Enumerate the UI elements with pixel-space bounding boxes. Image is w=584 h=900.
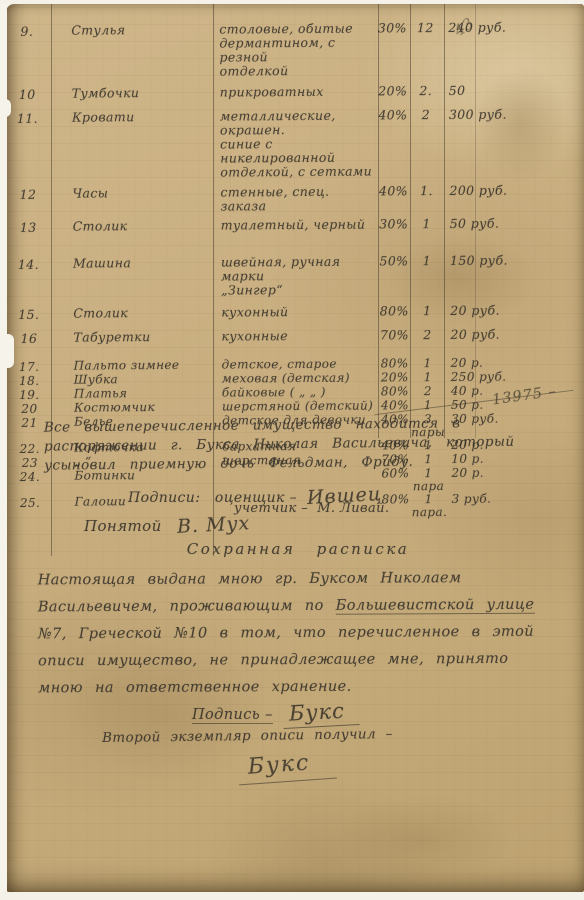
item-price: 200 руб. — [443, 183, 584, 212]
item-quantity: 1 — [410, 254, 444, 296]
row-number: 12 — [5, 187, 50, 215]
copy-received-signature: Букс — [237, 749, 337, 786]
item-name: Машина — [51, 256, 213, 299]
item-description: кухонный — [213, 304, 378, 320]
item-quantity: 2. — [409, 84, 443, 99]
row-number: 15. — [6, 307, 51, 322]
witness-label: Понятой — [84, 517, 162, 535]
item-price: 240 руб. — [442, 20, 584, 77]
item-quantity: 1 — [411, 357, 445, 371]
item-description: кухонные — [213, 328, 378, 344]
item-quantity: 1 — [410, 217, 444, 232]
item-name: Столик — [51, 306, 213, 322]
wear-percent: 70% — [378, 328, 410, 343]
item-price: 150 руб. — [444, 253, 584, 296]
item-description: швейная, ручная марки „Зингер“ — [213, 254, 378, 297]
wear-percent: 40% — [377, 184, 409, 212]
receipt-body: Настоящая выдана мною гр. Буксом Николае… — [38, 565, 551, 703]
item-name: Кровати — [50, 110, 212, 181]
row-number: 13 — [6, 220, 51, 235]
receipt-signature: Букс — [282, 698, 359, 729]
item-name: Табуретки — [51, 330, 213, 346]
wear-percent: 30% — [376, 21, 408, 77]
row-number: 18. — [7, 374, 52, 388]
item-name: Шубка — [52, 373, 214, 388]
table-row: 15. Столик кухонный 80% 1 20 руб. — [6, 303, 584, 322]
signatures-line-witness: Понятой В. Мух — [84, 514, 250, 536]
item-description: туалетный, черный — [213, 217, 378, 233]
item-price: 300 руб. — [443, 107, 584, 178]
item-price: 20 р. — [445, 356, 584, 371]
row-number: 11. — [5, 111, 50, 181]
copy-received-line: Второй экземпляр описи получил – — [102, 726, 393, 746]
item-quantity: 12 — [408, 21, 442, 77]
table-row: 10 Тумбочки прикроватных 20% 2. 50 — [5, 83, 584, 102]
accountant-signature: М. Ливай. — [317, 501, 389, 516]
paper-stain — [336, 794, 516, 884]
wear-percent: 20% — [377, 84, 409, 99]
signatures-line-accountant: учетчик – М. Ливай. — [234, 501, 389, 516]
item-price: 20 руб. — [444, 303, 584, 319]
item-name: Столик — [51, 219, 213, 235]
wear-percent: 40% — [377, 108, 409, 178]
item-price: 50 — [443, 83, 584, 99]
row-number: 19. — [7, 388, 52, 402]
item-name: Тумбочки — [50, 86, 212, 102]
disposition-statement: Все вышеперечисленное имущество находитс… — [44, 413, 550, 475]
receipt-signature-label: Подпись – — [192, 707, 273, 724]
row-number: 9. — [4, 24, 49, 80]
wear-percent: 80% — [378, 304, 410, 319]
row-number: 14. — [6, 257, 51, 299]
row-number: 17. — [7, 360, 52, 374]
item-name: Костюмчик — [52, 401, 214, 416]
item-quantity: 1 пара. — [412, 493, 446, 519]
receipt-text-post: №7, Греческой №10 в том, что перечисленн… — [38, 624, 534, 697]
receipt-signature-line: Подпись – Букс — [192, 700, 359, 727]
row-number: 16 — [6, 331, 51, 346]
paper-sheet: 43 9. Стулья столовые, обитые дермантино… — [6, 4, 584, 892]
table-row: 11. Кровати металлические, окрашен. сини… — [5, 107, 584, 181]
row-number: 25. — [8, 496, 53, 522]
table-row: 14. Машина швейная, ручная марки „Зингер… — [6, 253, 584, 299]
signatures-label: Подписи: — [128, 490, 200, 506]
wear-percent: 30% — [378, 217, 410, 232]
item-description: столовые, обитые дермантином, с резной о… — [211, 21, 376, 78]
item-quantity: 2 — [409, 108, 443, 178]
table-row: 9. Стулья столовые, обитые дермантином, … — [4, 20, 584, 80]
item-quantity: 1. — [409, 184, 443, 212]
item-description: металлические, окрашен. синие с никелиро… — [212, 108, 377, 179]
item-quantity: 1 — [410, 304, 444, 319]
item-price: 3 руб. — [446, 492, 584, 519]
table-row: 12 Часы стенные, спец. заказа 40% 1. 200… — [5, 183, 584, 215]
item-quantity: 2 — [411, 385, 445, 399]
item-name: Часы — [50, 186, 212, 215]
receipt-text-underlined-address: Большевистской улице — [336, 597, 535, 615]
receipt-heading: Сохранная расписка — [6, 540, 584, 558]
item-quantity: 1 — [411, 371, 445, 385]
table-row: 13 Столик туалетный, черный 30% 1 50 руб… — [6, 216, 584, 235]
item-name: Пальто зимнее — [52, 359, 214, 374]
item-quantity: 2 — [410, 328, 444, 343]
item-price: 50 руб. — [444, 216, 584, 232]
item-price: 20 руб. — [444, 327, 584, 343]
row-number: 10 — [5, 87, 50, 102]
witness-signature: В. Мух — [177, 512, 251, 538]
item-name: Стулья — [49, 23, 211, 80]
item-price: 250 руб. — [445, 370, 584, 385]
row-number: 20 — [7, 402, 52, 416]
item-description: прикроватных — [212, 84, 377, 100]
wear-percent: 50% — [378, 254, 410, 296]
item-description: стенные, спец. заказа — [212, 184, 377, 213]
table-row: 16 Табуретки кухонные 70% 2 20 руб. — [6, 327, 584, 346]
scanned-document: 43 9. Стулья столовые, обитые дермантино… — [0, 0, 584, 900]
